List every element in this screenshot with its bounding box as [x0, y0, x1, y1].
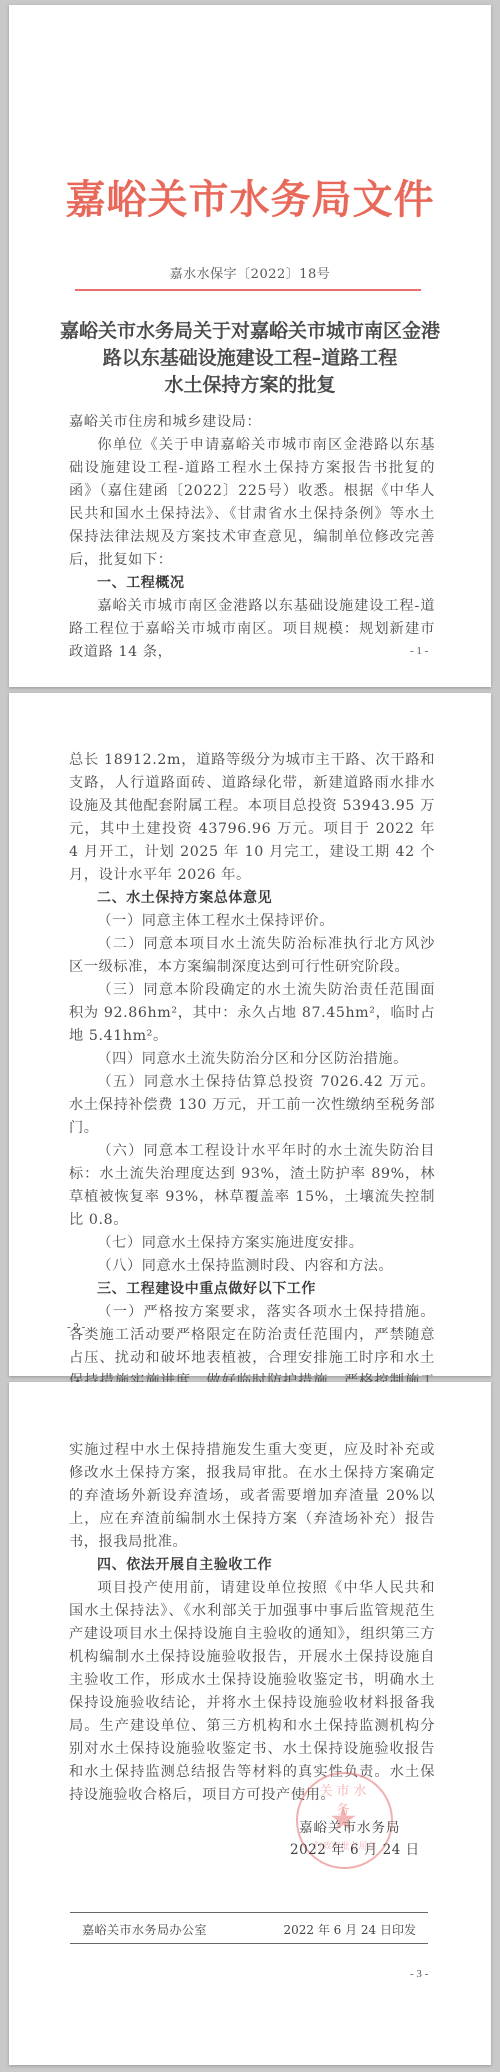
- page2-body: 总长 18912.2m，道路等级分为城市主干路、次干路和支路，人行道路面砖、道路…: [69, 749, 435, 1462]
- section-paragraph: 项目投产使用前，请建设单位按照《中华人民共和国水土保持法》、《水利部关于加强事中…: [69, 1577, 435, 1807]
- page3-body: 实施过程中水土保持措施发生重大变更，应及时补充或修改水土保持方案，报我局审批。在…: [69, 1439, 435, 1807]
- red-separator-line: [75, 289, 421, 291]
- section-heading: 三、工程建设中重点做好以下工作: [69, 1278, 435, 1301]
- list-item: （六）同意本工程设计水平年时的水土流失防治目标：水土流失治理度达到 93%，渣土…: [69, 1140, 435, 1232]
- page1-body: 嘉峪关市住房和城乡建设局： 你单位《关于申请嘉峪关市城市南区金港路以东基础设施建…: [69, 411, 435, 664]
- intro-paragraph: 你单位《关于申请嘉峪关市城市南区金港路以东基础设施建设工程-道路工程水土保持方案…: [69, 434, 435, 572]
- list-item: （四）同意水土流失防治分区和分区防治措施。: [69, 1048, 435, 1071]
- section-paragraph: 嘉峪关市城市南区金港路以东基础设施建设工程-道路工程位于嘉峪关市城市南区。项目规…: [69, 595, 435, 664]
- document-title: 嘉峪关市水务局关于对嘉峪关市城市南区金港 路以东基础设施建设工程–道路工程 水土…: [49, 318, 451, 399]
- continued-paragraph: 总长 18912.2m，道路等级分为城市主干路、次干路和支路，人行道路面砖、道路…: [69, 749, 435, 887]
- title-line: 水土保持方案的批复: [49, 372, 451, 399]
- footer-issuing-office: 嘉峪关市水务局办公室: [82, 1921, 207, 1938]
- list-item: （三）同意本阶段确定的水土流失防治责任范围面积为 92.86hm²，其中：永久占…: [69, 979, 435, 1048]
- list-item: （五）同意水土保持估算总投资 7026.42 万元。水土保持补偿费 130 万元…: [69, 1071, 435, 1140]
- signature-org: 嘉峪关市水务局: [299, 1816, 401, 1836]
- title-line: 路以东基础设施建设工程–道路工程: [49, 345, 451, 372]
- section-heading: 二、水土保持方案总体意见: [69, 887, 435, 910]
- list-item: （二）同意本项目水土流失防治标准执行北方风沙区一级标准，本方案编制深度达到可行性…: [69, 933, 435, 979]
- list-item: （七）同意水土保持方案实施进度安排。: [69, 1232, 435, 1255]
- page-number: - 1 -: [410, 645, 428, 657]
- signature-date: 2022 年 6 月 24 日: [290, 1838, 420, 1858]
- footer-print-date: 2022 年 6 月 24 日印发: [283, 1921, 416, 1938]
- list-item: （八）同意水土保持监测时段、内容和方法。: [69, 1255, 435, 1278]
- page-number: - 3 -: [410, 1968, 428, 1980]
- document-org-header: 嘉峪关市水务局文件: [9, 168, 491, 225]
- section-heading: 一、工程概况: [69, 572, 435, 595]
- recipient: 嘉峪关市住房和城乡建设局：: [69, 411, 435, 434]
- page-number: - 2 -: [67, 1321, 85, 1333]
- section-heading: 四、依法开展自主验收工作: [69, 1554, 435, 1577]
- title-line: 嘉峪关市水务局关于对嘉峪关市城市南区金港: [49, 318, 451, 345]
- list-item: （一）同意主体工程水土保持评价。: [69, 910, 435, 933]
- continued-paragraph: 实施过程中水土保持措施发生重大变更，应及时补充或修改水土保持方案，报我局审批。在…: [69, 1439, 435, 1554]
- issuance-footer: 嘉峪关市水务局办公室 2022 年 6 月 24 日印发: [70, 1912, 428, 1944]
- document-page-1: 嘉峪关市水务局文件 嘉水水保字〔2022〕18号 嘉峪关市水务局关于对嘉峪关市城…: [9, 5, 491, 687]
- document-number: 嘉水水保字〔2022〕18号: [9, 263, 491, 282]
- document-page-2: 总长 18912.2m，道路等级分为城市主干路、次干路和支路，人行道路面砖、道路…: [9, 693, 491, 1376]
- document-page-3: 实施过程中水土保持措施发生重大变更，应及时补充或修改水土保持方案，报我局审批。在…: [9, 1382, 491, 2065]
